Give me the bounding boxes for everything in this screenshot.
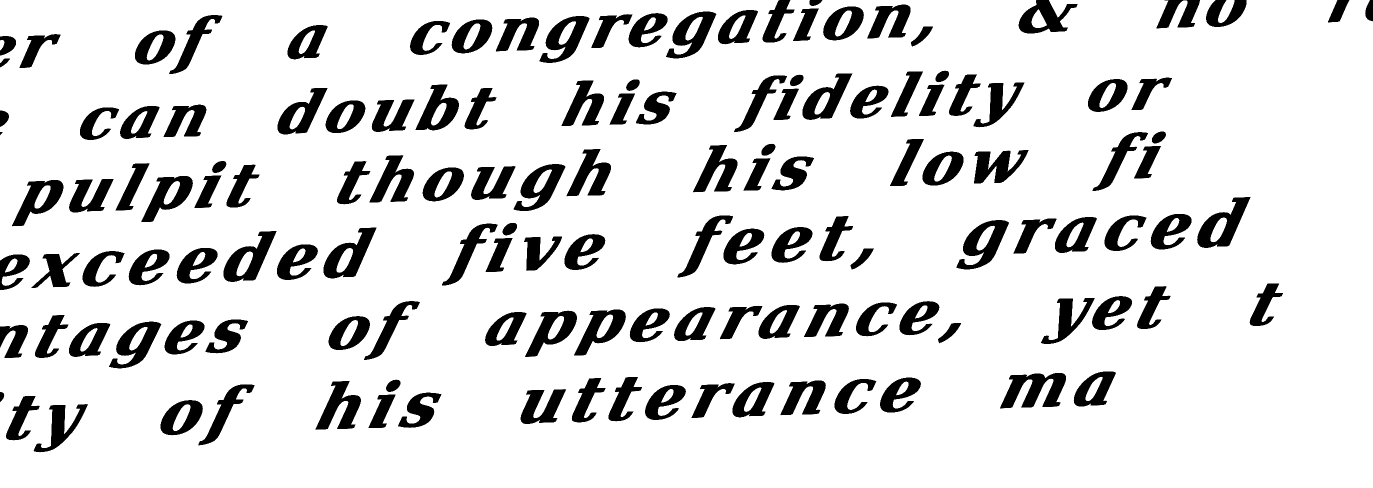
manuscript-page: er of a congregation, & no re e can doub… — [0, 0, 1373, 488]
